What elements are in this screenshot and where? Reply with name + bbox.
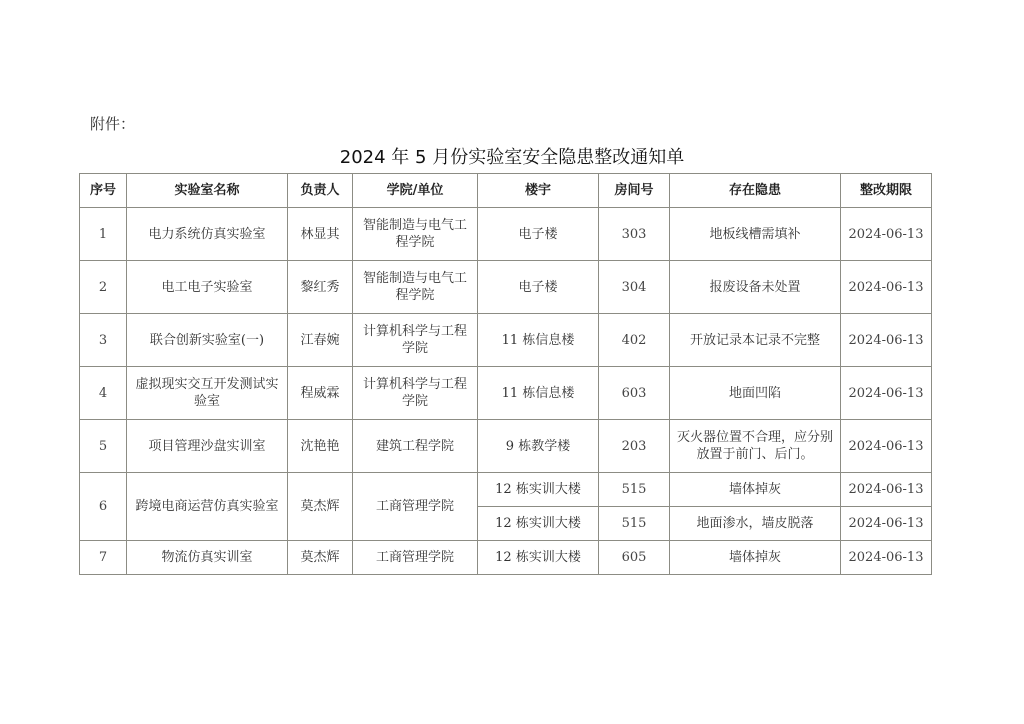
cell-college: 计算机科学与工程学院 <box>353 367 478 420</box>
attachment-label: 附件： <box>90 113 135 134</box>
cell-hazard: 开放记录本记录不完整 <box>670 314 841 367</box>
cell-room: 203 <box>599 420 670 473</box>
cell-room: 515 <box>599 473 670 507</box>
cell-person: 程威霖 <box>288 367 353 420</box>
header-college: 学院/单位 <box>353 174 478 208</box>
cell-hazard: 地面凹陷 <box>670 367 841 420</box>
cell-no: 4 <box>80 367 127 420</box>
cell-hazard: 墙体掉灰 <box>670 541 841 575</box>
cell-lab-name: 跨境电商运营仿真实验室 <box>127 473 288 541</box>
cell-deadline: 2024-06-13 <box>841 314 932 367</box>
cell-deadline: 2024-06-13 <box>841 473 932 507</box>
cell-building: 电子楼 <box>478 208 599 261</box>
cell-no: 7 <box>80 541 127 575</box>
table-row: 4 虚拟现实交互开发测试实验室 程威霖 计算机科学与工程学院 11 栋信息楼 6… <box>80 367 932 420</box>
cell-college: 智能制造与电气工程学院 <box>353 261 478 314</box>
cell-building: 9 栋教学楼 <box>478 420 599 473</box>
cell-hazard: 墙体掉灰 <box>670 473 841 507</box>
cell-hazard: 地面渗水，墙皮脱落 <box>670 507 841 541</box>
header-no: 序号 <box>80 174 127 208</box>
cell-lab-name: 虚拟现实交互开发测试实验室 <box>127 367 288 420</box>
header-hazard: 存在隐患 <box>670 174 841 208</box>
table-row: 5 项目管理沙盘实训室 沈艳艳 建筑工程学院 9 栋教学楼 203 灭火器位置不… <box>80 420 932 473</box>
header-person: 负责人 <box>288 174 353 208</box>
cell-person: 林显其 <box>288 208 353 261</box>
cell-building: 12 栋实训大楼 <box>478 507 599 541</box>
cell-room: 303 <box>599 208 670 261</box>
cell-no: 3 <box>80 314 127 367</box>
cell-person: 江春婉 <box>288 314 353 367</box>
cell-deadline: 2024-06-13 <box>841 367 932 420</box>
cell-deadline: 2024-06-13 <box>841 261 932 314</box>
cell-building: 12 栋实训大楼 <box>478 473 599 507</box>
header-deadline: 整改期限 <box>841 174 932 208</box>
table-header-row: 序号 实验室名称 负责人 学院/单位 楼宇 房间号 存在隐患 整改期限 <box>80 174 932 208</box>
table-row: 7 物流仿真实训室 莫杰辉 工商管理学院 12 栋实训大楼 605 墙体掉灰 2… <box>80 541 932 575</box>
cell-college: 智能制造与电气工程学院 <box>353 208 478 261</box>
cell-person: 黎红秀 <box>288 261 353 314</box>
header-lab-name: 实验室名称 <box>127 174 288 208</box>
cell-deadline: 2024-06-13 <box>841 541 932 575</box>
cell-deadline: 2024-06-13 <box>841 507 932 541</box>
cell-building: 电子楼 <box>478 261 599 314</box>
cell-building: 11 栋信息楼 <box>478 314 599 367</box>
cell-no: 6 <box>80 473 127 541</box>
cell-no: 5 <box>80 420 127 473</box>
cell-lab-name: 项目管理沙盘实训室 <box>127 420 288 473</box>
cell-no: 1 <box>80 208 127 261</box>
cell-deadline: 2024-06-13 <box>841 420 932 473</box>
table-row: 6 跨境电商运营仿真实验室 莫杰辉 工商管理学院 12 栋实训大楼 515 墙体… <box>80 473 932 507</box>
cell-person: 沈艳艳 <box>288 420 353 473</box>
cell-college: 建筑工程学院 <box>353 420 478 473</box>
cell-lab-name: 物流仿真实训室 <box>127 541 288 575</box>
cell-person: 莫杰辉 <box>288 541 353 575</box>
document-title: 2024 年 5 月份实验室安全隐患整改通知单 <box>0 143 1024 169</box>
table-row: 3 联合创新实验室(一) 江春婉 计算机科学与工程学院 11 栋信息楼 402 … <box>80 314 932 367</box>
cell-room: 603 <box>599 367 670 420</box>
cell-college: 工商管理学院 <box>353 473 478 541</box>
cell-deadline: 2024-06-13 <box>841 208 932 261</box>
cell-lab-name: 电力系统仿真实验室 <box>127 208 288 261</box>
cell-person: 莫杰辉 <box>288 473 353 541</box>
cell-hazard: 报废设备未处置 <box>670 261 841 314</box>
rectification-table: 序号 实验室名称 负责人 学院/单位 楼宇 房间号 存在隐患 整改期限 1 电力… <box>79 173 932 575</box>
cell-room: 304 <box>599 261 670 314</box>
table-row: 2 电工电子实验室 黎红秀 智能制造与电气工程学院 电子楼 304 报废设备未处… <box>80 261 932 314</box>
cell-college: 计算机科学与工程学院 <box>353 314 478 367</box>
table-row: 1 电力系统仿真实验室 林显其 智能制造与电气工程学院 电子楼 303 地板线槽… <box>80 208 932 261</box>
cell-college: 工商管理学院 <box>353 541 478 575</box>
cell-hazard: 地板线槽需填补 <box>670 208 841 261</box>
cell-no: 2 <box>80 261 127 314</box>
cell-building: 11 栋信息楼 <box>478 367 599 420</box>
cell-room: 515 <box>599 507 670 541</box>
header-room: 房间号 <box>599 174 670 208</box>
cell-room: 402 <box>599 314 670 367</box>
cell-building: 12 栋实训大楼 <box>478 541 599 575</box>
cell-hazard: 灭火器位置不合理，应分别放置于前门、后门。 <box>670 420 841 473</box>
header-building: 楼宇 <box>478 174 599 208</box>
cell-lab-name: 联合创新实验室(一) <box>127 314 288 367</box>
cell-room: 605 <box>599 541 670 575</box>
cell-lab-name: 电工电子实验室 <box>127 261 288 314</box>
